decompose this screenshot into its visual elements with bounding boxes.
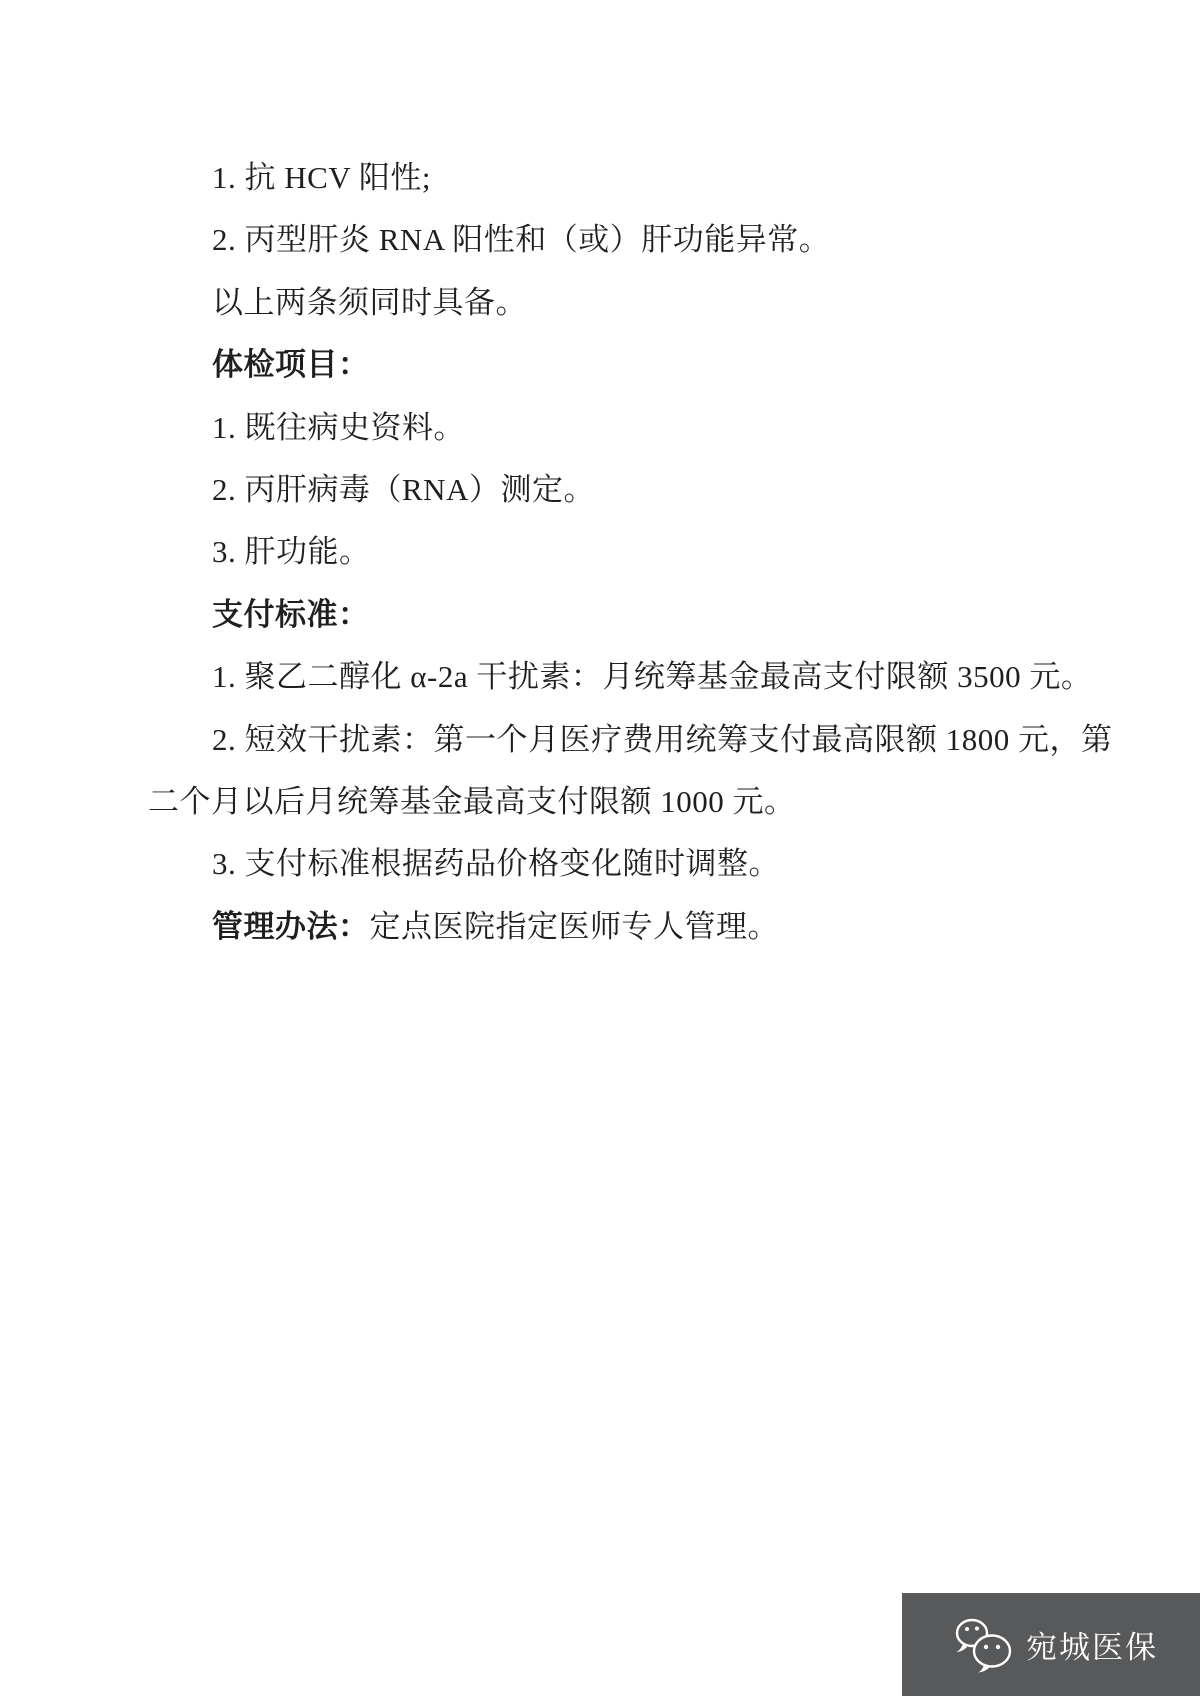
- text-line: 二个月以后月统筹基金最高支付限额 1000 元。: [148, 771, 1068, 833]
- watermark-label: 宛城医保: [1026, 1622, 1158, 1667]
- text-line: 2. 短效干扰素：第一个月医疗费用统筹支付最高限额 1800 元，第: [148, 709, 1068, 771]
- text-line: 1. 聚乙二醇化 α-2a 干扰素：月统筹基金最高支付限额 3500 元。: [148, 646, 1068, 708]
- page: 1. 抗 HCV 阳性;2. 丙型肝炎 RNA 阳性和（或）肝功能异常。以上两条…: [0, 0, 1200, 1696]
- document-body: 1. 抗 HCV 阳性;2. 丙型肝炎 RNA 阳性和（或）肝功能异常。以上两条…: [148, 147, 1068, 958]
- watermark-bar: 宛城医保: [902, 1593, 1200, 1696]
- body-text: 1. 既往病史资料。: [212, 410, 465, 445]
- wechat-icon: [950, 1616, 1016, 1674]
- text-line: 支付标准：: [148, 584, 1068, 646]
- text-line: 1. 抗 HCV 阳性;: [148, 147, 1068, 209]
- body-text: 1. 抗 HCV 阳性;: [212, 160, 431, 195]
- text-line: 2. 丙肝病毒（RNA）测定。: [148, 459, 1068, 521]
- text-line: 3. 肝功能。: [148, 521, 1068, 583]
- body-text: 二个月以后月统筹基金最高支付限额 1000 元。: [148, 784, 796, 819]
- text-line: 以上两条须同时具备。: [148, 272, 1068, 334]
- heading-text: 管理办法：: [212, 909, 370, 944]
- heading-text: 体检项目：: [212, 347, 370, 382]
- heading-text: 支付标准：: [212, 597, 370, 632]
- text-line: 体检项目：: [148, 334, 1068, 396]
- text-line: 3. 支付标准根据药品价格变化随时调整。: [148, 833, 1068, 895]
- body-text: 2. 丙肝病毒（RNA）测定。: [212, 472, 595, 507]
- body-text: 2. 短效干扰素：第一个月医疗费用统筹支付最高限额 1800 元，第: [212, 722, 1113, 757]
- text-line: 管理办法：定点医院指定医师专人管理。: [148, 896, 1068, 958]
- body-text: 定点医院指定医师专人管理。: [370, 909, 780, 944]
- body-text: 2. 丙型肝炎 RNA 阳性和（或）肝功能异常。: [212, 222, 830, 257]
- body-text: 3. 肝功能。: [212, 534, 371, 569]
- text-line: 2. 丙型肝炎 RNA 阳性和（或）肝功能异常。: [148, 209, 1068, 271]
- body-text: 以上两条须同时具备。: [212, 285, 527, 320]
- body-text: 3. 支付标准根据药品价格变化随时调整。: [212, 846, 780, 881]
- text-line: 1. 既往病史资料。: [148, 397, 1068, 459]
- body-text: 1. 聚乙二醇化 α-2a 干扰素：月统筹基金最高支付限额 3500 元。: [212, 659, 1092, 694]
